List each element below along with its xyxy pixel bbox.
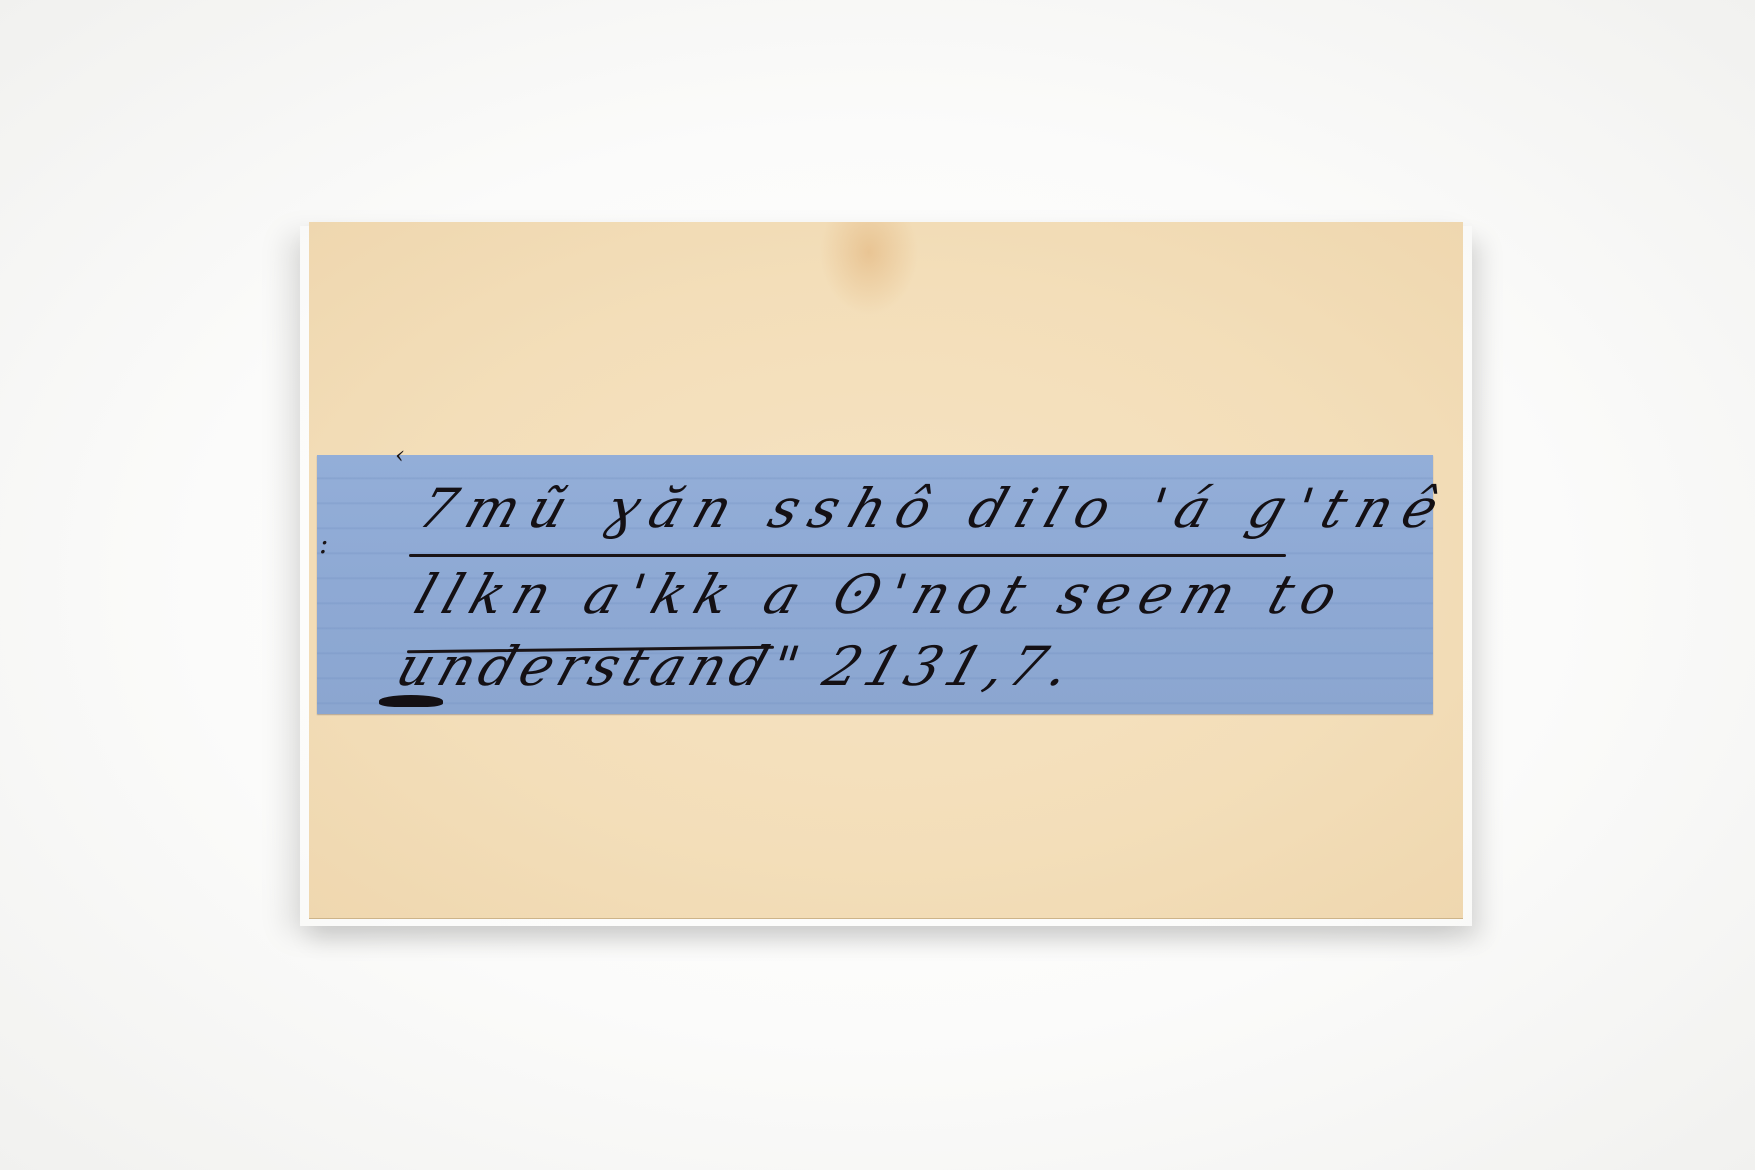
blue-manuscript-strip: : ‹ 7mũ ɣăn sshô dilo 'á g'tnê llkn a'kk… [317,455,1433,714]
handwritten-line-2: llkn a'kk a ʘ'not seem to [407,563,1355,626]
edge-mark: ‹ [395,441,405,469]
underline-1 [409,554,1286,557]
ink-blot [379,695,443,707]
handwritten-line-1: 7mũ ɣăn sshô dilo 'á g'tnê [411,477,1458,540]
handwritten-line-3: understand" 2131,7. [389,635,1084,698]
edge-mark: : [319,527,328,560]
